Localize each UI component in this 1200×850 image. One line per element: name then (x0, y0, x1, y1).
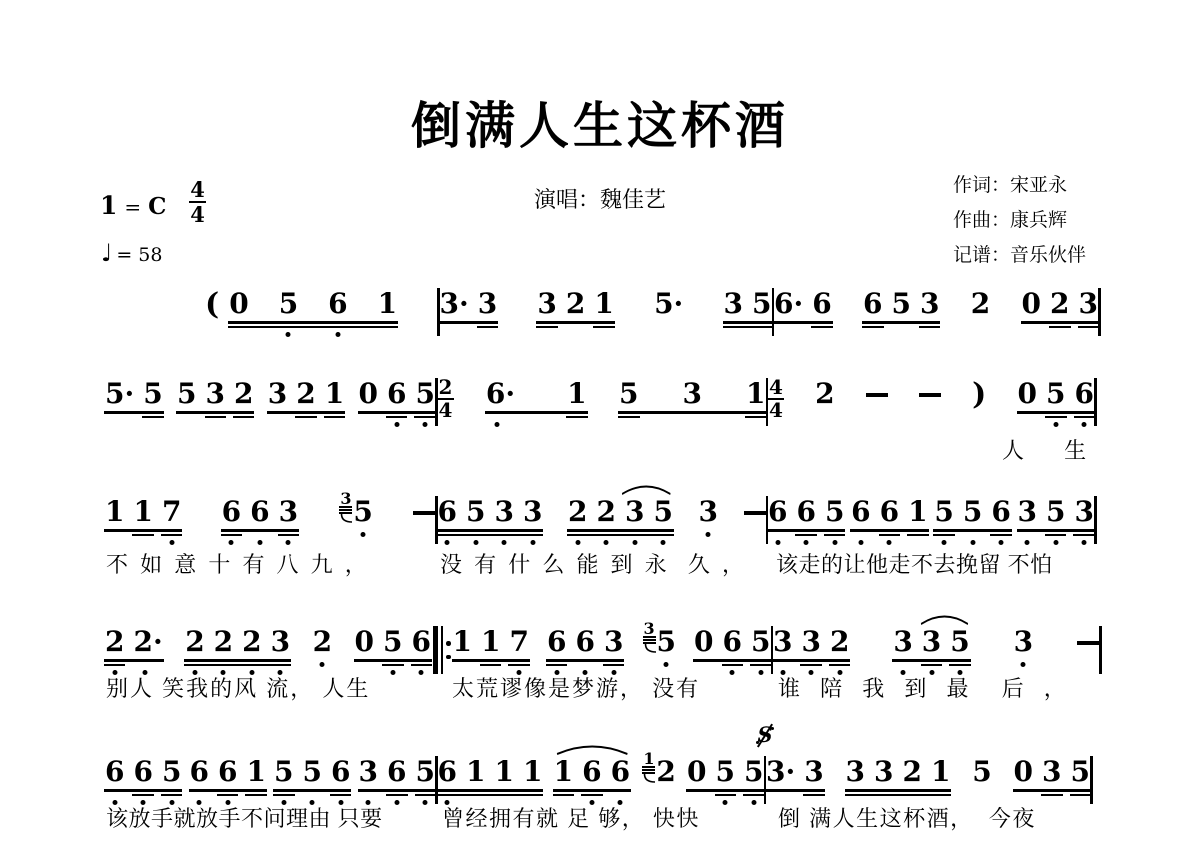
barline (1090, 756, 1093, 804)
note-digit: 2 (566, 288, 585, 319)
note-wrap: 6 (547, 626, 566, 678)
beam-line (437, 534, 544, 537)
note-wrap: 3· (766, 756, 795, 808)
note-digit: 1 (554, 756, 573, 787)
note-digit: 6 (582, 756, 601, 787)
beam-group: 2235 (568, 496, 673, 548)
note-wrap: 2 (568, 496, 587, 548)
lyric-line: 没 有 什 么 能 到 永 久 ， (440, 548, 747, 579)
note-wrap: 5 (279, 288, 298, 340)
beam-segment (1070, 794, 1091, 797)
note: 3 (271, 626, 290, 678)
beam-segment (566, 416, 587, 419)
note-digit: 1 (481, 626, 500, 657)
octave-dot (229, 540, 234, 545)
note-wrap: 5 (274, 756, 293, 808)
note: 3 (1018, 496, 1037, 548)
beam-segment (1074, 416, 1095, 419)
note-digit: 5 (934, 496, 953, 527)
note-wrap: 3 (206, 378, 225, 430)
note-digit: 1 (908, 496, 927, 527)
beam-segment (603, 664, 624, 667)
octave-dot (758, 670, 763, 675)
note-digit: 0 (1014, 756, 1033, 787)
note: 3 (1042, 756, 1061, 808)
slur-arc (919, 611, 970, 625)
note-digit: 2 (656, 756, 675, 787)
note: 7 (162, 496, 181, 548)
octave-dot (257, 540, 262, 545)
note-digit: 5 (1071, 756, 1090, 787)
note-wrap: 0 (1018, 378, 1037, 430)
note: 1 (105, 496, 124, 548)
note-digit: 5 (353, 496, 372, 527)
beam-segment (132, 534, 153, 537)
note-digit: 2 (313, 626, 332, 657)
beam-line (228, 321, 398, 324)
note-wrap: 3 (920, 288, 939, 340)
beam-group: 035 (1014, 756, 1090, 808)
note: 2 (105, 626, 124, 678)
beam-line (189, 789, 267, 792)
note: 2 (830, 626, 849, 678)
beam-line (221, 529, 299, 532)
note-wrap: 3 (893, 626, 912, 678)
beam-line (686, 789, 764, 792)
note: 3 (268, 378, 287, 430)
note-digit: 3 (537, 288, 556, 319)
note-wrap: 1 (325, 378, 344, 430)
note: 6 (1075, 378, 1094, 430)
beam-segment (618, 416, 639, 419)
beam-segment (480, 664, 501, 667)
beam-group: 35 (724, 288, 772, 340)
octave-dot (361, 532, 366, 537)
score-line-5: 665661556365611116612055S3·333215035 (105, 756, 1093, 808)
beam-segment (245, 794, 266, 797)
beam-line (553, 789, 631, 792)
note: 6 (768, 496, 787, 548)
note: 5 (1046, 378, 1065, 430)
note-digit: 5 (751, 626, 770, 657)
note-wrap: 5 (744, 756, 763, 808)
note-wrap: 3 (1014, 626, 1033, 678)
lyric-line: 该放手就放手不问理由 只要 (106, 802, 383, 833)
note-digit: 2 (214, 626, 233, 657)
octave-dot (335, 332, 340, 337)
note: 2 (185, 626, 204, 678)
note: 3 (698, 496, 717, 548)
note: 1 (466, 756, 485, 808)
octave-dot (169, 540, 174, 545)
note-digit: 2 (815, 378, 834, 409)
note: 3 (537, 288, 556, 340)
note-wrap: 6 (222, 496, 241, 548)
measure: 442)056 (768, 378, 1094, 430)
note: 0 (1014, 756, 1033, 808)
note-digit: 6 (1075, 378, 1094, 409)
beam-line (723, 321, 773, 324)
note-wrap: 3 (1042, 756, 1061, 808)
note: 2 (566, 288, 585, 340)
note-digit: 1 (594, 288, 613, 319)
measure: (0561 (205, 288, 437, 340)
note: 3 (801, 626, 820, 678)
note-wrap: 3 (279, 496, 298, 548)
octave-dot (999, 540, 1004, 545)
dash-extension (866, 393, 888, 397)
note-wrap: 2 (105, 626, 124, 678)
octave-dot (832, 540, 837, 545)
note: 1 (746, 378, 765, 430)
note-wrap: 5 (934, 496, 953, 548)
beam-line (767, 529, 845, 532)
beam-segment (386, 416, 407, 419)
note-digit: 5 (177, 378, 196, 409)
note-wrap: 1 (105, 496, 124, 548)
beam-line (437, 529, 544, 532)
octave-dot (723, 800, 728, 805)
note: 3 (920, 288, 939, 340)
barline (1099, 626, 1102, 674)
note-digit: 5 (274, 756, 293, 787)
beam-segment (278, 534, 299, 537)
note: 1 (523, 756, 542, 808)
note-wrap: 1 (908, 496, 927, 548)
note: 5 (353, 496, 372, 548)
beam-segment (919, 326, 940, 329)
note-wrap: 5 (752, 288, 771, 340)
note-digit: 3· (766, 756, 795, 787)
note-digit: 3 (271, 626, 290, 657)
beam-line (452, 659, 530, 662)
measure: 611116612055 (438, 756, 764, 808)
note-digit: 1 (746, 378, 765, 409)
note-digit: 3· (440, 288, 469, 319)
note-wrap: 1 (466, 756, 485, 808)
note-digit: 3 (1014, 626, 1033, 657)
note-wrap: 2· (133, 626, 162, 678)
beam-segment (795, 534, 816, 537)
score: (05613·33215·356·665320235·5532321065246… (0, 0, 1200, 850)
octave-dot (1025, 540, 1030, 545)
note: 3 (804, 756, 823, 808)
note-wrap: 3 (359, 756, 378, 808)
note: 6 (218, 756, 237, 808)
note: 1 (567, 378, 586, 430)
beam-line (1017, 529, 1095, 532)
beam-line (845, 789, 952, 792)
note-wrap: 5 (303, 756, 322, 808)
lyric-line: 别人 笑我的风 流， 人生 (106, 672, 370, 703)
note-wrap: 2 (313, 626, 332, 678)
sheet-music-page: { "header": { "title": "倒满人生这杯酒", "singe… (0, 0, 1200, 850)
note-wrap: 6 (412, 626, 431, 678)
note: 5 (963, 496, 982, 548)
beam-segment (273, 794, 294, 797)
beam-line (546, 659, 624, 662)
note: 5 (1046, 496, 1065, 548)
note: 3 (846, 756, 865, 808)
note: 5 (934, 496, 953, 548)
beam-segment (949, 664, 970, 667)
note-digit: 2 (105, 626, 124, 657)
octave-dot (445, 540, 450, 545)
note: 5 (143, 378, 162, 430)
beam-group: 531 (619, 378, 765, 430)
beam-segment (907, 534, 928, 537)
beam-line (850, 529, 928, 532)
note-digit: 6 (851, 496, 870, 527)
beam-segment (715, 794, 736, 797)
note-digit: 6 (991, 496, 1010, 527)
note: 2· (133, 626, 162, 678)
beam-line (862, 321, 940, 324)
measure: 11766335065 (453, 626, 771, 678)
beam-line (437, 794, 544, 797)
beam-segment (411, 664, 432, 667)
beam-group: 556 (934, 496, 1010, 548)
note-digit: 2 (830, 626, 849, 657)
note-wrap: 6 (863, 288, 882, 340)
note-digit: 5 (303, 756, 322, 787)
note-digit: 5 (619, 378, 638, 409)
note: 2 (656, 756, 675, 808)
note-digit: 3 (279, 496, 298, 527)
note-wrap: 6 (582, 756, 601, 808)
note: 0 (1018, 378, 1037, 430)
note-wrap: 5 (416, 756, 435, 808)
note: 5 (950, 626, 969, 678)
grace-beam-line (643, 636, 656, 638)
octave-dot (530, 540, 535, 545)
note-wrap: 2 (596, 496, 615, 548)
beam-group: 2223 (185, 626, 290, 678)
beam-segment (217, 794, 238, 797)
note: 0 (355, 626, 374, 678)
beam-segment (553, 794, 574, 797)
note-digit: 0 (355, 626, 374, 657)
note-wrap: 3 (494, 496, 513, 548)
beam-segment (803, 794, 824, 797)
note-digit: 1 (133, 496, 152, 527)
time-bottom: 4 (439, 402, 453, 419)
beam-line (536, 321, 614, 324)
note-wrap: 35 (338, 496, 372, 548)
note-wrap: 0 (687, 756, 706, 808)
note-wrap: 6 (387, 378, 406, 430)
note-digit: 2 (902, 756, 921, 787)
note-digit: 5 (1046, 496, 1065, 527)
note-digit: 0 (1018, 378, 1037, 409)
note-wrap: 5 (466, 496, 485, 548)
note-digit: 3 (801, 626, 820, 657)
beam-segment (161, 794, 182, 797)
note-wrap: 6 (331, 756, 350, 808)
note: 6 (387, 756, 406, 808)
note-wrap: 6 (218, 756, 237, 808)
note: 3 (206, 378, 225, 430)
note-wrap: 5 (892, 288, 911, 340)
note-digit: 2 (971, 288, 990, 319)
note-wrap: 3 (537, 288, 556, 340)
note: 5 (274, 756, 293, 808)
beam-group: 6533 (438, 496, 543, 548)
beam-segment (233, 416, 254, 419)
note-wrap: 5 (177, 378, 196, 430)
note: 6 (611, 756, 630, 808)
note-digit: 3 (478, 288, 497, 319)
lyric-line: 倒 满人生这杯酒， 今夜 (778, 802, 1036, 833)
note-wrap: 6 (723, 626, 742, 678)
note-digit: 3 (773, 626, 792, 657)
note-digit: 1 (105, 496, 124, 527)
note-wrap: 3 (698, 496, 717, 548)
beam-line (104, 411, 164, 414)
grace-tie-arc (643, 773, 656, 784)
note-digit: 6 (222, 496, 241, 527)
beam-group: 0561 (229, 288, 397, 340)
score-line-2: 5·5532321065246·1531442)056 (105, 378, 1097, 430)
beam-segment (745, 416, 766, 419)
note: 1 (325, 378, 344, 430)
note-digit: 5 (466, 496, 485, 527)
note-wrap: 6 (991, 496, 1010, 548)
note-digit: 2 (185, 626, 204, 657)
note-wrap: 6 (328, 288, 347, 340)
note-wrap: 1 (554, 756, 573, 808)
note: 3 (773, 626, 792, 678)
note-wrap: 7 (162, 496, 181, 548)
beam-line (772, 659, 850, 662)
note-digit: 6 (190, 756, 209, 787)
note-wrap: 6 (250, 496, 269, 548)
beam-line (618, 411, 766, 414)
beam-group: 6·6 (774, 288, 832, 340)
beam-segment (508, 664, 529, 667)
beam-line (693, 659, 771, 662)
beam-group: 055 (687, 756, 763, 808)
note-digit: 3 (920, 288, 939, 319)
beam-group: 365 (359, 756, 435, 808)
dash-extension (919, 393, 941, 397)
octave-dot (320, 662, 325, 667)
beam-line (176, 411, 254, 414)
beam-segment (1045, 534, 1066, 537)
note-digit: 6 (331, 756, 350, 787)
beam-line (439, 321, 499, 324)
grace-note: 3 (642, 626, 657, 678)
dash-extension (1077, 641, 1099, 645)
octave-dot (1053, 422, 1058, 427)
beam-line (1013, 789, 1091, 792)
note-digit: 3 (268, 378, 287, 409)
beam-group: 056 (355, 626, 431, 678)
note-digit: 6 (412, 626, 431, 657)
beam-segment (811, 326, 832, 329)
note-wrap: 1 (746, 378, 765, 430)
repeat-start-barline (433, 626, 451, 674)
octave-dot (730, 670, 735, 675)
note-wrap: 3 (604, 626, 623, 678)
octave-dot (286, 540, 291, 545)
beam-segment (142, 416, 163, 419)
note-wrap: 0 (359, 378, 378, 430)
beam-segment (921, 664, 942, 667)
note: 6 (438, 756, 457, 808)
note: 5 (279, 288, 298, 340)
note-wrap: 5 (972, 756, 991, 808)
barline (1098, 288, 1101, 336)
note-digit: 3 (846, 756, 865, 787)
note: 5 (383, 626, 402, 678)
note-wrap: 6 (611, 756, 630, 808)
beam-line (354, 659, 432, 662)
note: 2 (313, 626, 332, 678)
beam-segment (824, 534, 845, 537)
note: 0 (359, 378, 378, 430)
beam-group: 335 (893, 626, 969, 678)
measure: 665661556353 (768, 496, 1094, 548)
note-wrap: 1 (453, 626, 472, 678)
note-wrap: 3 (268, 378, 287, 430)
note: 5 (892, 288, 911, 340)
note: 5 (653, 496, 672, 548)
octave-dot (706, 532, 711, 537)
note-wrap: 6 (768, 496, 787, 548)
note-digit: 7 (162, 496, 181, 527)
note-digit: 5 (716, 756, 735, 787)
note-wrap: 2 (185, 626, 204, 678)
note: 3 (1074, 496, 1093, 548)
note: 5 (162, 756, 181, 808)
note-wrap: 12 (641, 756, 675, 808)
beam-line (567, 529, 674, 532)
beam-segment (581, 794, 602, 797)
note-wrap: 1 (523, 756, 542, 808)
grace-beam-line (642, 766, 655, 768)
octave-dot (394, 800, 399, 805)
note-digit: 5 (1046, 378, 1065, 409)
note-digit: 6 (328, 288, 347, 319)
note: 6 (991, 496, 1010, 548)
note-digit: 1 (523, 756, 542, 787)
note-digit: 5 (143, 378, 162, 409)
note-digit: 5 (972, 756, 991, 787)
octave-dot (775, 540, 780, 545)
note: 2 (568, 496, 587, 548)
octave-dot (664, 662, 669, 667)
note-digit: 6 (547, 626, 566, 657)
note-digit: 3 (698, 496, 717, 527)
note: 1 (931, 756, 950, 808)
beam-line (184, 659, 291, 662)
beam-group: 653 (863, 288, 939, 340)
note-wrap: 6 (812, 288, 831, 340)
note: 6 (547, 626, 566, 678)
beam-group: 663 (222, 496, 298, 548)
measure: 11766335 (105, 496, 435, 548)
grace-beam-line (339, 509, 352, 511)
lyric-line: 太荒谬像是梦游， 没有 (452, 672, 700, 703)
note-digit: 3 (206, 378, 225, 409)
note: 6 (331, 756, 350, 808)
repeat-dots (446, 641, 451, 659)
note-wrap: 6· (486, 378, 515, 430)
note-digit: 6 (438, 756, 457, 787)
beam-group: 056 (1018, 378, 1094, 430)
note-digit: 6 (575, 626, 594, 657)
